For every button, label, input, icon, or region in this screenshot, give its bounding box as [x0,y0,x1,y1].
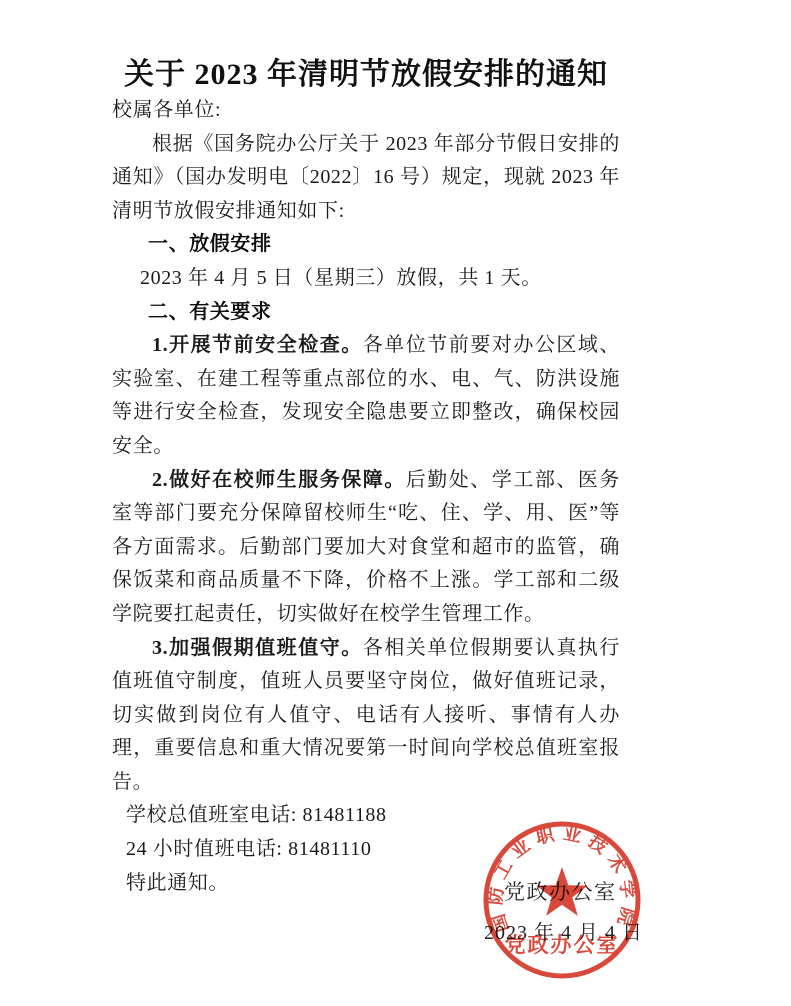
item-lead-2: 2.做好在校师生服务保障。 [152,469,406,491]
document-page: 关于 2023 年清明节放假安排的通知 校属各单位: 根据《国务院办公厅关于 2… [0,0,791,1006]
item-lead-3: 3.加强假期值班值守。 [152,637,363,659]
item-paragraph-1: 1.开展节前安全检查。各单位节前要对办公区域、实验室、在建工程等重点部位的水、电… [112,329,620,463]
document-body: 关于 2023 年清明节放假安排的通知 校属各单位: 根据《国务院办公厅关于 2… [112,0,620,900]
item-paragraph-2: 2.做好在校师生服务保障。后勤处、学工部、医务室等部门要充分保障留校师生“吃、住… [112,464,620,632]
section-heading-requirements: 二、有关要求 [112,296,620,330]
holiday-date-line: 2023 年 4 月 5 日（星期三）放假，共 1 天。 [112,262,620,296]
salutation: 校属各单位: [112,94,620,128]
item-paragraph-3: 3.加强假期值班值守。各相关单位假期要认真执行值班值守制度，值班人员要坚守岗位，… [112,632,620,800]
seal-inner-text: 党政办公室 [505,933,620,957]
star-icon [536,867,587,916]
item-text-2: 后勤处、学工部、医务室等部门要充分保障留校师生“吃、住、学、用、医”等各方面需求… [112,469,620,625]
section-heading-holiday: 一、放假安排 [112,228,620,262]
official-seal: 国防工业职业技术学院 党政办公室 [462,800,662,1000]
intro-paragraph: 根据《国务院办公厅关于 2023 年部分节假日安排的通知》（国办发明电〔2022… [112,128,620,229]
page-title: 关于 2023 年清明节放假安排的通知 [112,56,620,94]
item-lead-1: 1.开展节前安全检查。 [152,334,363,356]
item-text-3: 各相关单位假期要认真执行值班值守制度，值班人员要坚守岗位，做好值班记录，切实做到… [112,637,620,793]
